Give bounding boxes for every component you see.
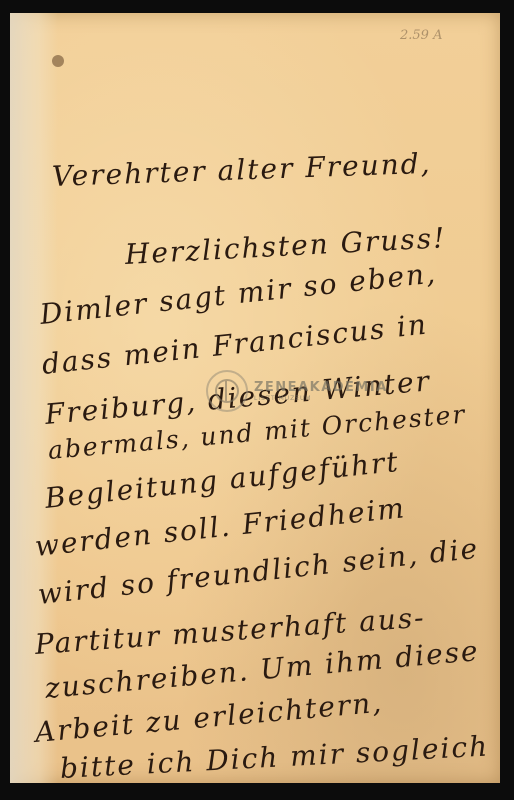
archive-mark: 2.59 A xyxy=(400,28,442,43)
ink-stain xyxy=(52,55,64,67)
watermark-subtitle: LISZT MÚZEUM xyxy=(254,395,388,402)
liszt-museum-logo-icon xyxy=(206,370,248,412)
zeneakademia-watermark: ZENEAKADÉMIA LISZT MÚZEUM xyxy=(206,370,388,412)
watermark-title: ZENEAKADÉMIA xyxy=(254,380,388,395)
